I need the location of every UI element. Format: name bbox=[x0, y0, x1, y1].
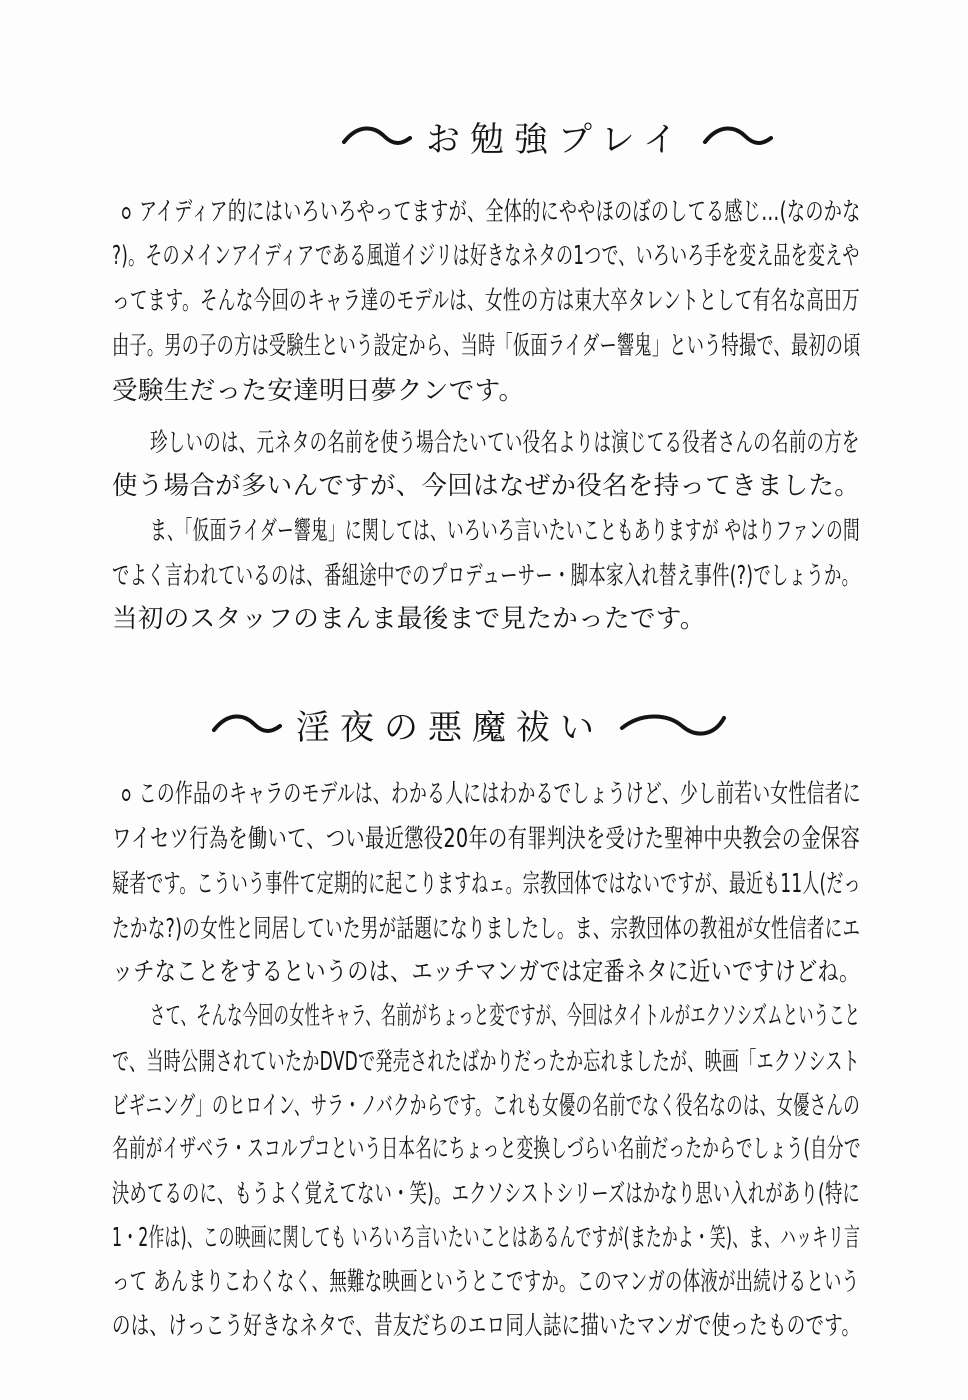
section2-heading: 淫夜の悪魔祓い bbox=[210, 700, 728, 749]
section2-line-8: ビギニング」のヒロイン、サラ・ノバクからです。これも女優の名前でなく役名なのは、… bbox=[112, 1090, 860, 1122]
section1-line-5: 受験生だった安達明日夢クンです。 bbox=[112, 375, 524, 407]
section2-title: 淫夜の悪魔祓い bbox=[296, 700, 604, 749]
section1-heading: お勉強プレイ bbox=[340, 112, 773, 161]
section2-line-7: で、当時公開されていたかDVDで発売されたばかりだったか忘れましたが、映画「エク… bbox=[112, 1046, 860, 1078]
section1-line-9: でよく言われているのは、番組途中でのプロデューサー・脚本家入れ替え事件(?)でし… bbox=[112, 560, 859, 592]
section2-line-11: 1・2作は)、この映画に関しても いろいろ言いたいことはあるんですが(またかよ・… bbox=[112, 1222, 860, 1254]
section2-line-6: さて、そんな今回の女性キャラ、名前がちょっと変ですが、今回はタイトルがエクソシズ… bbox=[150, 1000, 860, 1032]
tilde-wave-left-icon bbox=[210, 710, 282, 740]
section1-line-4: 由子。男の子の方は受験生という設定から、当時「仮面ライダー響鬼」という特撮で、最… bbox=[112, 330, 861, 362]
section2-line-2: ワイセツ行為を働いて、つい最近懲役20年の有罪判決を受けた聖神中央教会の金保容 bbox=[112, 823, 860, 855]
line-text: この作品のキャラのモデルは、わかる人にはわかるでしょうけど、少し前若い女性信者に bbox=[139, 779, 861, 809]
section1-line-6: 珍しいのは、元ネタの名前を使う場合たいてい役名よりは演じてる役者さんの名前の方を bbox=[150, 427, 860, 459]
section2-line-4: たかな?)の女性と同居していた男が話題になりましたし。ま、宗教団体の教祖が女性信… bbox=[112, 913, 860, 945]
section2-line-12: って あんまりこわくなく、無難な映画というとこですか。このマンガの体液が出続ける… bbox=[112, 1266, 859, 1298]
section2-line-9: 名前がイザベラ・スコルプコという日本名にちょっと変換しづらい名前だったからでしょ… bbox=[112, 1133, 861, 1165]
section1-line-3: ってます。そんな今回のキャラ達のモデルは、女性の方は東大卒タレントとして有名な高… bbox=[112, 285, 860, 317]
section1-line-8: ま、「仮面ライダー響鬼」に関しては、いろいろ言いたいこともありますが やはりファ… bbox=[150, 515, 860, 547]
section2-line-3: 疑者です。こういう事件て定期的に起こりますねェ。宗教団体ではないですが、最近も1… bbox=[112, 868, 861, 900]
section2-line-1: この作品のキャラのモデルは、わかる人にはわかるでしょうけど、少し前若い女性信者に bbox=[122, 778, 861, 810]
section1-line-7: 使う場合が多いんですが、今回はなぜか役名を持ってきました。 bbox=[112, 470, 860, 502]
tilde-wave-right-icon bbox=[618, 710, 728, 740]
section2-line-5: ッチなことをするというのは、エッチマンガでは定番ネタに近いですけどね。 bbox=[112, 956, 860, 988]
line-text: アイディア的にはいろいろやってますが、全体的にややほのぼのしてる感じ…(なのかな bbox=[139, 197, 860, 227]
bullet-icon bbox=[122, 789, 130, 801]
section2-line-10: 決めてるのに、もうよく覚えてない・笑)。エクソシストシリーズはかなり思い入れがあ… bbox=[112, 1178, 860, 1210]
document-page: お勉強プレイ アイディア的にはいろいろやってますが、全体的にややほのぼのしてる感… bbox=[0, 0, 968, 1400]
section2-line-13: のは、けっこう好きなネタで、昔友だちのエロ同人誌に描いたマンガで使ったものです。 bbox=[112, 1310, 860, 1342]
section1-line-2: ?)。そのメインアイディアである風道イジリは好きなネタの1つで、いろいろ手を変え… bbox=[112, 240, 860, 272]
section1-line-10: 当初のスタッフのまんま最後まで見たかったです。 bbox=[112, 603, 706, 635]
bullet-icon bbox=[122, 207, 131, 219]
tilde-wave-right-icon bbox=[701, 122, 773, 152]
section1-line-1: アイディア的にはいろいろやってますが、全体的にややほのぼのしてる感じ…(なのかな bbox=[122, 196, 860, 228]
section1-title: お勉強プレイ bbox=[426, 112, 687, 161]
tilde-wave-left-icon bbox=[340, 122, 412, 152]
